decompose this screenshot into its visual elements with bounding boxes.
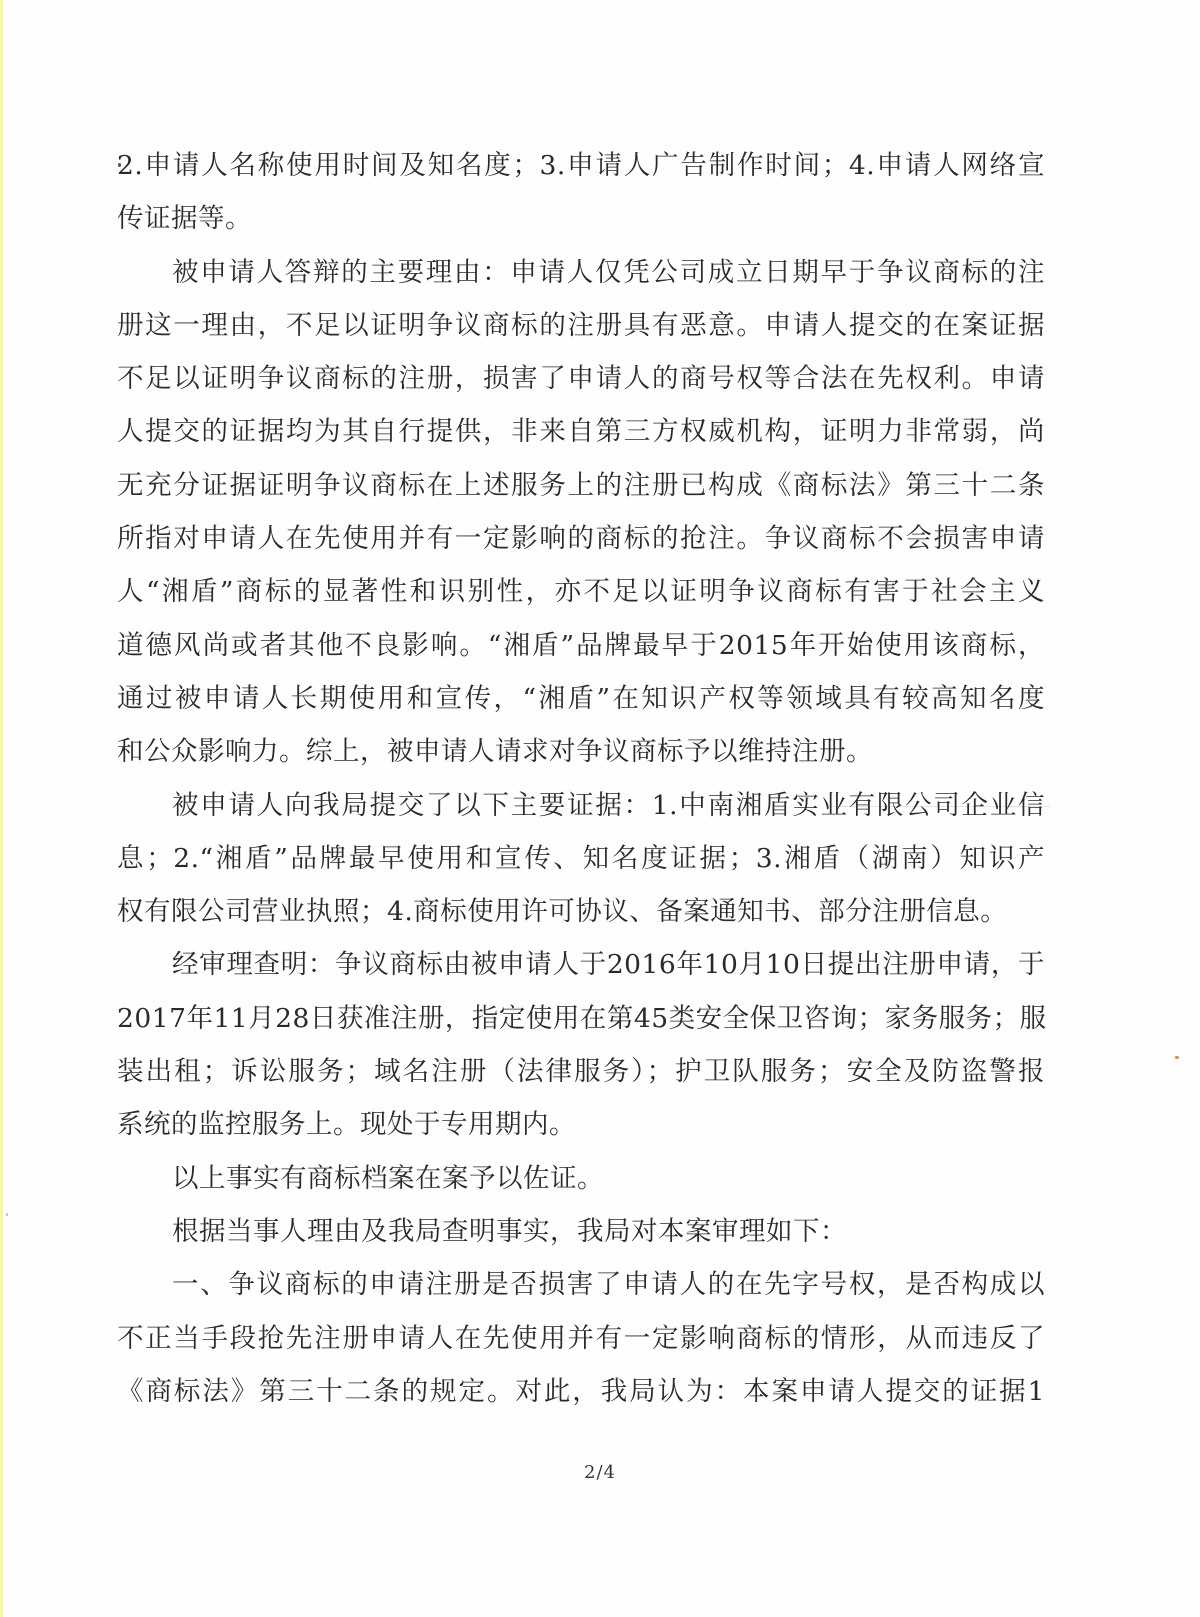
paragraph-respondent-evidence: 被申请人向我局提交了以下主要证据：1.中南湘盾实业有限公司企业信 息；2.“湘盾… xyxy=(117,779,1045,939)
document-body: 2.申请人名称使用时间及知名度；3.申请人广告制作时间；4.申请人网络宣 传证据… xyxy=(117,139,1045,1418)
text-line: 根据当事人理由及我局查明事实，我局对本案审理如下： xyxy=(117,1205,1045,1258)
text-line: 册这一理由，不足以证明争议商标的注册具有恶意。申请人提交的在案证据 xyxy=(117,299,1045,352)
scan-speck xyxy=(1175,1056,1179,1059)
paragraph-findings: 经审理查明：争议商标由被申请人于2016年10月10日提出注册申请，于 2017… xyxy=(117,938,1045,1151)
text-line: 《商标法》第三十二条的规定。对此，我局认为：本案申请人提交的证据1 xyxy=(117,1365,1045,1418)
paragraph-applicant-evidence-continued: 2.申请人名称使用时间及知名度；3.申请人广告制作时间；4.申请人网络宣 传证据… xyxy=(117,139,1045,246)
text-line: 通过被申请人长期使用和宣传，“湘盾”在知识产权等领域具有较高知名度 xyxy=(117,672,1045,725)
text-line: 2.申请人名称使用时间及知名度；3.申请人广告制作时间；4.申请人网络宣 xyxy=(117,139,1045,192)
text-line: 系统的监控服务上。现处于专用期内。 xyxy=(117,1098,1045,1151)
page-number: 2/4 xyxy=(0,1462,1200,1483)
text-line: 经审理查明：争议商标由被申请人于2016年10月10日提出注册申请，于 xyxy=(117,938,1045,991)
paragraph-review-intro: 根据当事人理由及我局查明事实，我局对本案审理如下： xyxy=(117,1205,1045,1258)
scan-speck xyxy=(6,1213,8,1216)
text-line: 被申请人向我局提交了以下主要证据：1.中南湘盾实业有限公司企业信 xyxy=(117,779,1045,832)
paragraph-respondent-defense: 被申请人答辩的主要理由：申请人仅凭公司成立日期早于争议商标的注 册这一理由，不足… xyxy=(117,246,1045,779)
text-line: 道德风尚或者其他不良影响。“湘盾”品牌最早于2015年开始使用该商标， xyxy=(117,619,1045,672)
scanned-page: 2.申请人名称使用时间及知名度；3.申请人广告制作时间；4.申请人网络宣 传证据… xyxy=(0,0,1200,1617)
text-line: 和公众影响力。综上，被申请人请求对争议商标予以维持注册。 xyxy=(117,725,1045,778)
paragraph-issue-one: 一、争议商标的申请注册是否损害了申请人的在先字号权，是否构成以 不正当手段抢先注… xyxy=(117,1258,1045,1418)
scan-edge-tint xyxy=(0,0,3,1617)
text-line: 人提交的证据均为其自行提供，非来自第三方权威机构，证明力非常弱，尚 xyxy=(117,405,1045,458)
text-line: 装出租；诉讼服务；域名注册（法律服务）；护卫队服务；安全及防盗警报 xyxy=(117,1045,1045,1098)
text-line: 传证据等。 xyxy=(117,192,1045,245)
text-line: 人“湘盾”商标的显著性和识别性，亦不足以证明争议商标有害于社会主义 xyxy=(117,565,1045,618)
text-line: 无充分证据证明争议商标在上述服务上的注册已构成《商标法》第三十二条 xyxy=(117,459,1045,512)
text-line: 2017年11月28日获准注册，指定使用在第45类安全保卫咨询；家务服务；服 xyxy=(117,992,1045,1045)
paragraph-facts-supported: 以上事实有商标档案在案予以佐证。 xyxy=(117,1152,1045,1205)
text-line: 息；2.“湘盾”品牌最早使用和宣传、知名度证据；3.湘盾（湖南）知识产 xyxy=(117,832,1045,885)
text-line: 一、争议商标的申请注册是否损害了申请人的在先字号权，是否构成以 xyxy=(117,1258,1045,1311)
text-line: 不足以证明争议商标的注册，损害了申请人的商号权等合法在先权利。申请 xyxy=(117,352,1045,405)
text-line: 以上事实有商标档案在案予以佐证。 xyxy=(117,1152,1045,1205)
text-line: 不正当手段抢先注册申请人在先使用并有一定影响商标的情形，从而违反了 xyxy=(117,1312,1045,1365)
text-line: 所指对申请人在先使用并有一定影响的商标的抢注。争议商标不会损害申请 xyxy=(117,512,1045,565)
text-line: 权有限公司营业执照；4.商标使用许可协议、备案通知书、部分注册信息。 xyxy=(117,885,1045,938)
text-line: 被申请人答辩的主要理由：申请人仅凭公司成立日期早于争议商标的注 xyxy=(117,246,1045,299)
